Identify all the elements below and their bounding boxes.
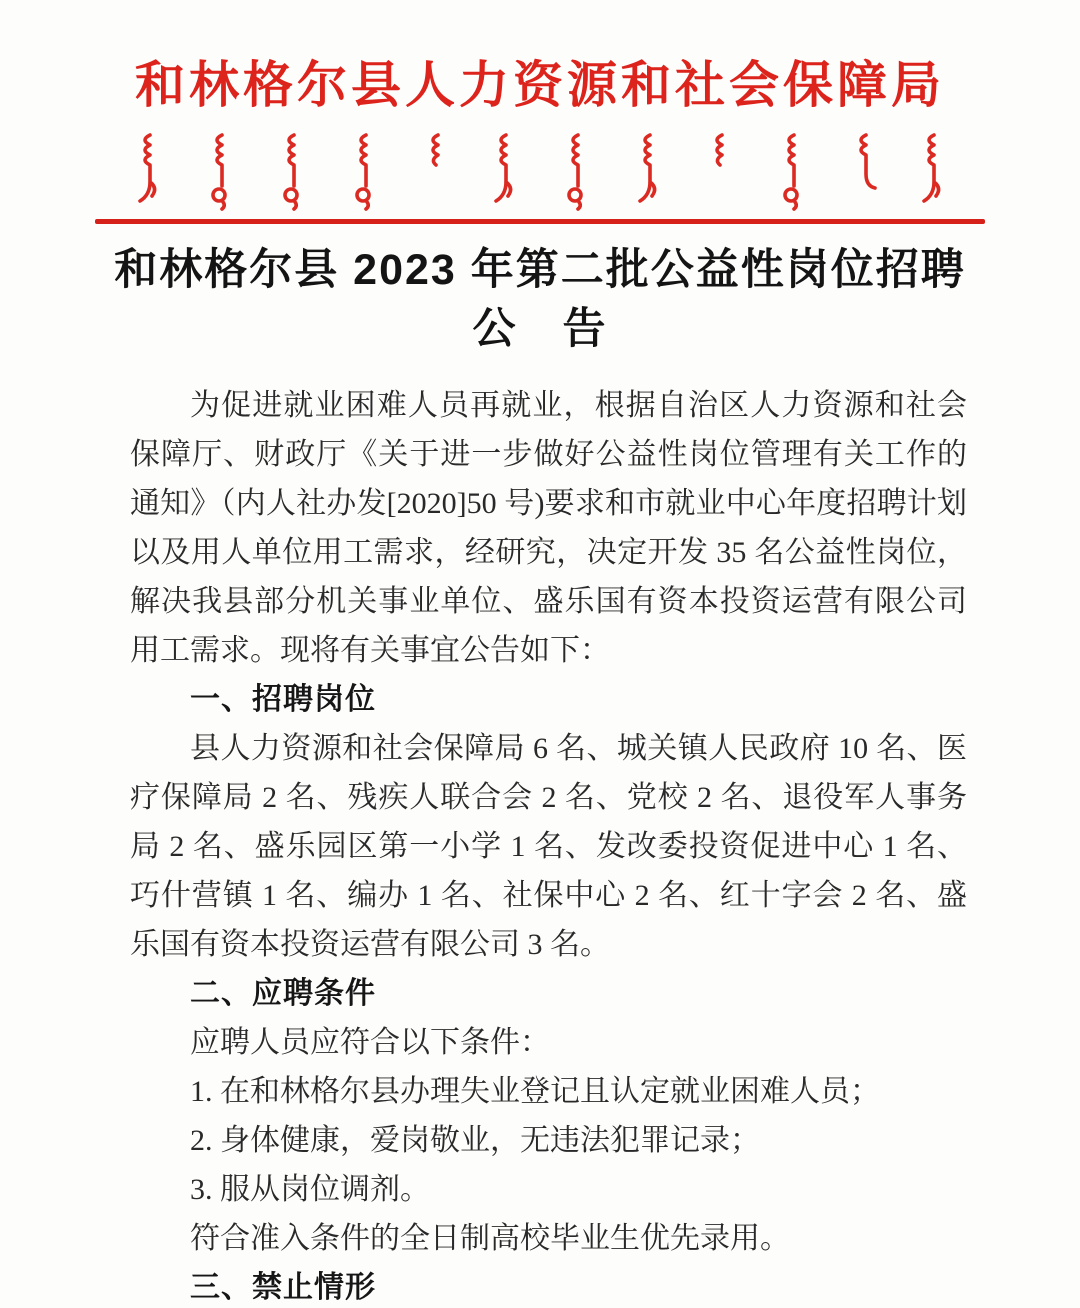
letterhead-org-name: 和林格尔县人力资源和社会保障局 <box>0 0 1080 116</box>
notice-content: 和林格尔县 2023 年第二批公益性岗位招聘 公 告 为促进就业困难人员再就业，… <box>0 243 1080 1308</box>
document-page: 和林格尔县人力资源和社会保障局 <box>0 0 1080 1308</box>
notice-title-line2: 公 告 <box>0 302 1080 356</box>
letterhead-separator-line <box>95 219 985 224</box>
section1-body-paragraph: 县人力资源和社会保障局 6 名、城关镇人民政府 10 名、医疗保障局 2 名、残… <box>130 724 967 969</box>
mongolian-script <box>135 132 945 212</box>
section1-heading: 一、招聘岗位 <box>130 675 967 724</box>
section3-heading: 三、禁止情形 <box>130 1263 967 1308</box>
priority-note-line: 符合准入条件的全日制高校毕业生优先录用。 <box>130 1214 967 1263</box>
condition-item-2: 2. 身体健康，爱岗敬业，无违法犯罪记录； <box>130 1116 967 1165</box>
condition-item-1: 1. 在和林格尔县办理失业登记且认定就业困难人员； <box>130 1067 967 1116</box>
letterhead: 和林格尔县人力资源和社会保障局 <box>0 0 1080 224</box>
section2-heading: 二、应聘条件 <box>130 969 967 1018</box>
notice-body: 为促进就业困难人员再就业，根据自治区人力资源和社会保障厅、财政厅《关于进一步做好… <box>130 381 967 1308</box>
section2-intro-line: 应聘人员应符合以下条件： <box>130 1018 967 1067</box>
notice-title-line1: 和林格尔县 2023 年第二批公益性岗位招聘 <box>0 243 1080 297</box>
intro-paragraph: 为促进就业困难人员再就业，根据自治区人力资源和社会保障厅、财政厅《关于进一步做好… <box>130 381 967 675</box>
condition-item-3: 3. 服从岗位调剂。 <box>130 1165 967 1214</box>
